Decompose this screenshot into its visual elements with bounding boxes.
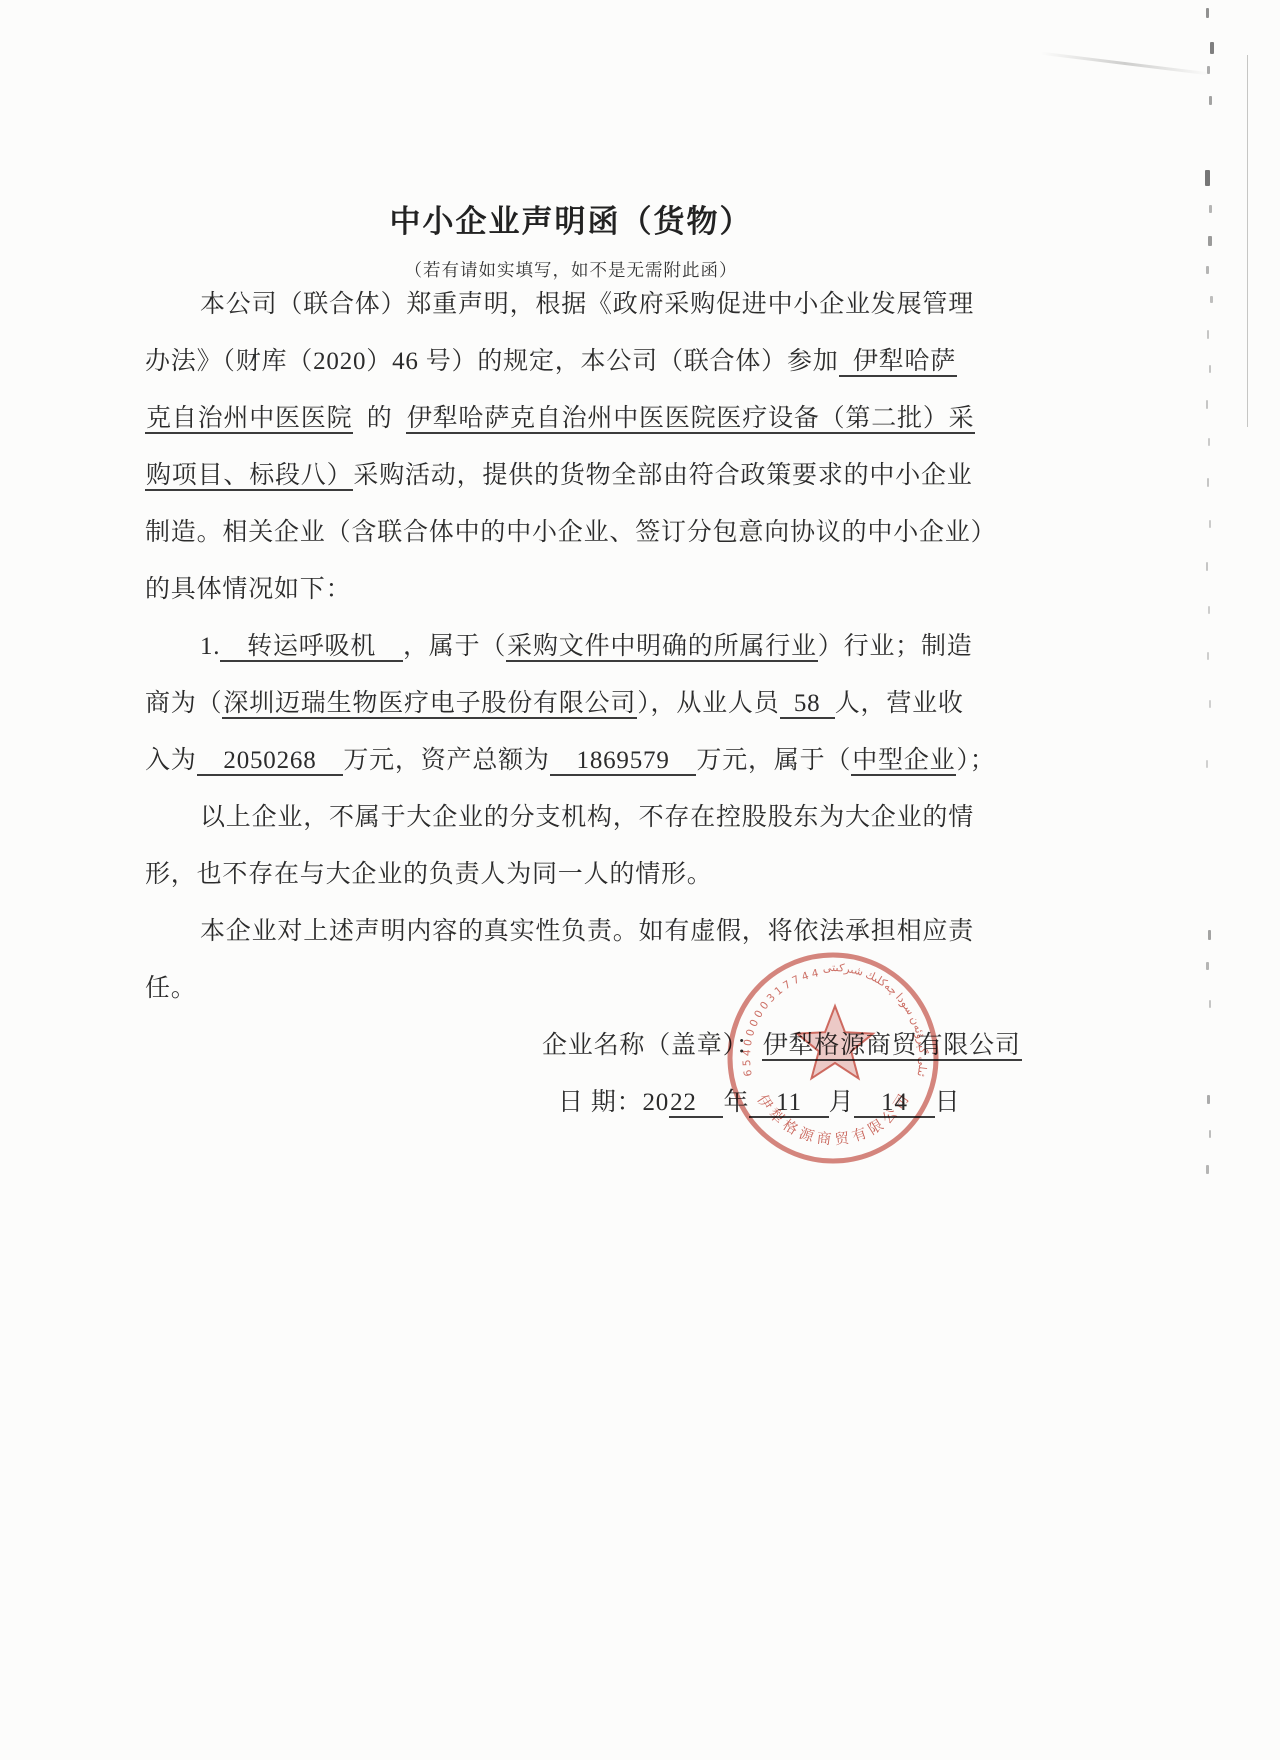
svg-text:6: 6 xyxy=(742,1068,755,1077)
text-segment: ）行业；制造 xyxy=(818,633,973,660)
body-line-7: 1. 转运呼吸机 ，属于（采购文件中明确的所属行业）行业；制造 xyxy=(145,618,1005,675)
body-line-1: 本公司（联合体）郑重声明，根据《政府采购促进中小企业发展管理 xyxy=(145,276,1005,333)
text-segment: 制造。相关企业（含联合体中的中小企业、签订分包意向协议的中小企业） xyxy=(145,519,996,546)
svg-text:5: 5 xyxy=(741,1059,753,1066)
scan-artifact-mark xyxy=(1207,1095,1210,1104)
svg-text:4: 4 xyxy=(811,967,820,980)
body-line-8: 商为（深圳迈瑞生物医疗电子股份有限公司），从业人员 58 人，营业收 xyxy=(145,675,1005,732)
seal-star-icon xyxy=(797,1006,873,1078)
svg-text:商: 商 xyxy=(816,1130,832,1148)
scan-edge-hairline xyxy=(1247,55,1248,427)
body-line-4: 购项目、标段八）采购活动，提供的货物全部由符合政策要求的中小企业 xyxy=(145,447,1005,504)
svg-text:贸: 贸 xyxy=(834,1130,851,1149)
scan-artifact-mark xyxy=(1206,8,1209,18)
scan-corner-smudge xyxy=(1040,52,1209,76)
scan-artifact-mark xyxy=(1208,930,1211,940)
purchaser-name-part-1: 伊犁哈萨 xyxy=(839,348,958,377)
manufacturer-name: 深圳迈瑞生物医疗电子股份有限公司 xyxy=(222,690,637,719)
text-segment: ），从业人员 xyxy=(637,690,779,717)
svg-text:0: 0 xyxy=(742,1038,755,1047)
body-line-3: 克自治州中医医院 的 伊犁哈萨克自治州中医医院医疗设备（第二批）采 xyxy=(145,390,1005,447)
goods-name: 转运呼吸机 xyxy=(220,633,403,662)
scan-artifact-mark xyxy=(1209,520,1211,528)
scan-artifact-mark xyxy=(1209,1130,1211,1138)
project-name-part-2: 购项目、标段八） xyxy=(145,462,353,491)
text-segment: 形，也不存在与大企业的负责人为同一人的情形。 xyxy=(145,861,713,888)
document-title: 中小企业声明函（货物） xyxy=(145,196,997,241)
company-seal-stamp: 65400000317744 ئىلى گېرۇئەن سودا چەكلىك … xyxy=(718,943,948,1173)
text-segment: 任。 xyxy=(145,975,197,1002)
scan-artifact-mark xyxy=(1208,606,1210,614)
scan-artifact-mark xyxy=(1207,330,1209,339)
text-segment: 人，营业收 xyxy=(835,690,964,717)
text-segment: 万元，资产总额为 xyxy=(343,747,549,774)
revenue-amount: 2050268 xyxy=(197,747,344,776)
text-segment: 采购活动，提供的货物全部由符合政策要求的中小企业 xyxy=(353,462,972,489)
scan-artifact-mark xyxy=(1207,66,1210,74)
text-segment: 商为（ xyxy=(145,690,222,717)
scan-artifact-mark xyxy=(1208,438,1210,446)
scan-artifact-mark xyxy=(1206,760,1208,768)
scan-artifact-mark xyxy=(1207,478,1209,487)
employee-count: 58 xyxy=(780,690,835,719)
scan-artifact-mark xyxy=(1210,296,1213,303)
scan-artifact-mark xyxy=(1209,1000,1211,1008)
text-segment: 1. xyxy=(200,633,220,660)
body-line-5: 制造。相关企业（含联合体中的中小企业、签订分包意向协议的中小企业） xyxy=(145,504,1005,561)
industry-field: 采购文件中明确的所属行业 xyxy=(506,633,818,662)
text-segment: ）； xyxy=(956,747,995,774)
text-segment: 的具体情况如下： xyxy=(145,576,351,603)
text-segment: 日 期：20 xyxy=(558,1089,669,1116)
scan-artifact-mark xyxy=(1205,170,1210,186)
scan-artifact-mark xyxy=(1208,236,1212,246)
scan-artifact-mark xyxy=(1209,365,1211,373)
scan-artifact-mark xyxy=(1207,652,1209,660)
body-line-2: 办法》（财库（2020）46 号）的规定，本公司（联合体）参加 伊犁哈萨 xyxy=(145,333,1005,390)
text-segment: 本公司（联合体）郑重声明，根据《政府采购促进中小企业发展管理 xyxy=(200,291,974,318)
body-line-11: 形，也不存在与大企业的负责人为同一人的情形。 xyxy=(145,846,1005,903)
text-segment: 办法》（财库（2020）46 号）的规定，本公司（联合体）参加 xyxy=(145,348,839,375)
scan-artifact-mark xyxy=(1209,205,1212,213)
scan-artifact-mark xyxy=(1209,700,1211,708)
text-segment: 的 xyxy=(353,405,405,432)
seal-registration-digits: 65400000317744 xyxy=(741,967,820,1077)
scan-artifact-mark xyxy=(1206,962,1209,970)
text-segment: 以上企业，不属于大企业的分支机构，不存在控股股东为大企业的情 xyxy=(200,804,974,831)
svg-text:4: 4 xyxy=(800,970,810,984)
scan-artifact-mark xyxy=(1210,42,1214,54)
project-name-part-1: 伊犁哈萨克自治州中医医院医疗设备（第二批）采 xyxy=(406,405,976,434)
date-year-value: 22 xyxy=(669,1089,723,1118)
body-line-6: 的具体情况如下： xyxy=(145,561,1005,618)
seal-company-name-arc: 伊犁格源商贸有限公司 xyxy=(754,1092,913,1149)
text-segment: 本企业对上述声明内容的真实性负责。如有虚假，将依法承担相应责 xyxy=(200,918,974,945)
purchaser-name-part-2: 克自治州中医医院 xyxy=(145,405,353,434)
enterprise-type: 中型企业 xyxy=(851,747,956,776)
scanned-declaration-page: 中小企业声明函（货物） （若有请如实填写，如不是无需附此函） 本公司（联合体）郑… xyxy=(0,0,1280,1760)
svg-text:0: 0 xyxy=(748,1018,762,1029)
total-assets-amount: 1869579 xyxy=(550,747,697,776)
text-segment: 入为 xyxy=(145,747,197,774)
svg-text:4: 4 xyxy=(741,1049,753,1057)
scan-artifact-mark xyxy=(1206,1165,1209,1174)
svg-text:源: 源 xyxy=(797,1125,817,1146)
text-segment: 万元，属于（ xyxy=(696,747,851,774)
body-line-10: 以上企业，不属于大企业的分支机构，不存在控股股东为大企业的情 xyxy=(145,789,1005,846)
svg-text:7: 7 xyxy=(790,974,801,988)
svg-text:0: 0 xyxy=(744,1028,757,1038)
svg-text:有: 有 xyxy=(850,1125,869,1146)
scan-artifact-mark xyxy=(1209,96,1212,105)
text-segment: ，属于（ xyxy=(403,633,506,660)
scan-artifact-mark xyxy=(1206,266,1209,274)
scan-artifact-mark xyxy=(1206,562,1208,571)
scan-artifact-mark xyxy=(1206,400,1208,409)
body-line-9: 入为 2050268 万元，资产总额为 1869579 万元，属于（中型企业）； xyxy=(145,732,1005,789)
